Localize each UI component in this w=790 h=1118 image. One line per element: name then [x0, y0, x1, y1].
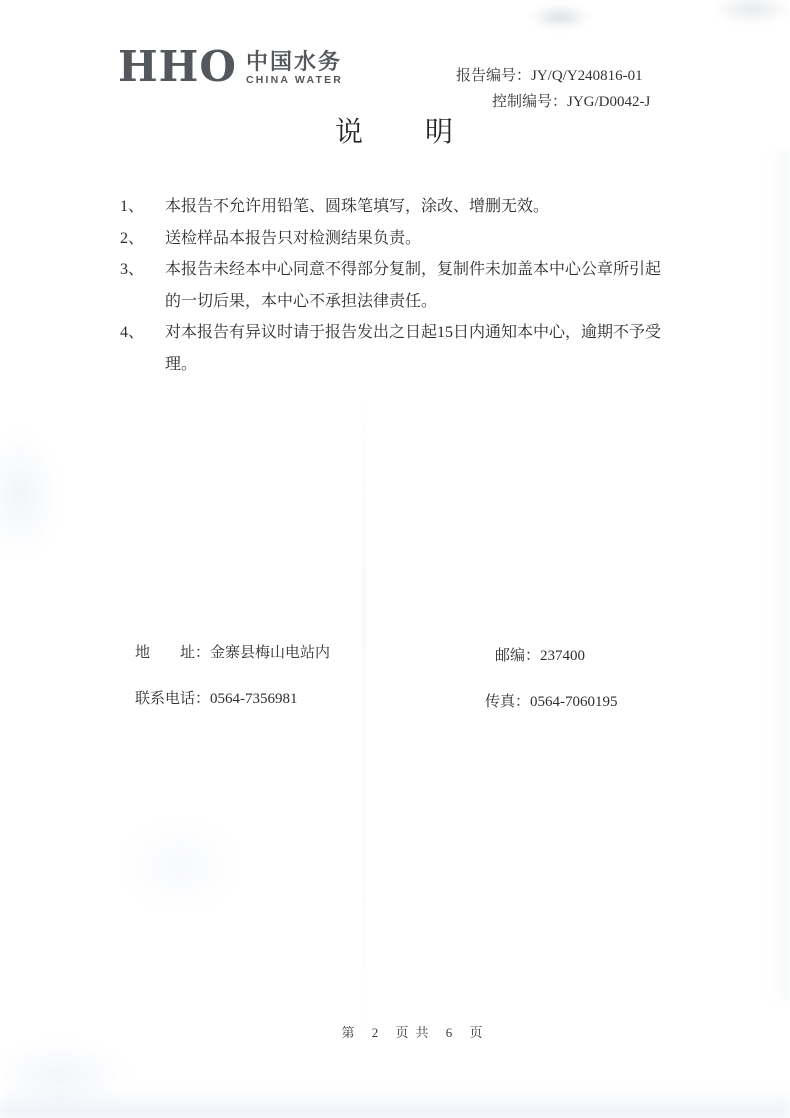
phone-line: 联系电话：0564-7356981: [120, 670, 298, 725]
note-item: 4、 对本报告有异议时请于报告发出之日起15日内通知本中心，逾期不予受理。: [120, 317, 695, 380]
note-text: 对本报告有异议时请于报告发出之日起15日内通知本中心，逾期不予受理。: [165, 317, 673, 380]
logo-english-name: CHINA WATER: [246, 74, 343, 86]
note-item: 2、 送检样品本报告只对检测结果负责。: [120, 223, 695, 255]
logo-name-block: 中国水务 CHINA WATER: [246, 50, 343, 86]
control-number-value: JYG/D0042-J: [567, 94, 650, 110]
scan-artifact: [768, 150, 790, 1000]
fax-line: 传真：0564-7060195: [470, 673, 618, 728]
scan-artifact: [0, 1088, 790, 1118]
note-number: 4、: [120, 317, 165, 349]
note-item: 3、 本报告未经本中心同意不得部分复制，复制件未加盖本中心公章所引起的一切后果，…: [120, 254, 695, 317]
note-text: 送检样品本报告只对检测结果负责。: [165, 223, 673, 255]
note-number: 3、: [120, 254, 165, 286]
note-text: 本报告不允许用铅笔、圆珠笔填写，涂改、增删无效。: [165, 191, 673, 223]
note-text: 本报告未经本中心同意不得部分复制，复制件未加盖本中心公章所引起的一切后果，本中心…: [165, 254, 673, 317]
report-number-label: 报告编号：: [456, 68, 531, 84]
fax-value: 0564-7060195: [530, 694, 618, 710]
scan-artifact: [528, 4, 592, 30]
report-codes: 报告编号：JY/Q/Y240816-01 控制编号：JYG/D0042-J: [456, 63, 650, 115]
scan-artifact: [120, 820, 240, 910]
scan-artifact: [712, 0, 790, 24]
address-value: 金寨县梅山电站内: [210, 645, 330, 661]
note-number: 1、: [120, 191, 165, 223]
address-label: 地 址：: [135, 645, 210, 661]
scan-artifact: [363, 390, 365, 1050]
page-footer: 第 2 页共 6 页: [0, 1006, 790, 1057]
postcode-value: 237400: [540, 648, 585, 664]
page-number-text: 第 2 页共 6 页: [341, 1025, 489, 1040]
page-title: 说 明: [0, 110, 790, 150]
logo-hho-text: HHO: [118, 50, 237, 84]
phone-value: 0564-7356981: [210, 691, 298, 707]
note-item: 1、 本报告不允许用铅笔、圆珠笔填写，涂改、增删无效。: [120, 191, 695, 223]
fax-label: 传真：: [485, 694, 530, 710]
scan-artifact: [0, 430, 60, 560]
notes-list: 1、 本报告不允许用铅笔、圆珠笔填写，涂改、增删无效。 2、 送检样品本报告只对…: [120, 191, 695, 380]
company-logo: HHO 中国水务 CHINA WATER: [118, 50, 343, 86]
document-page: HHO 中国水务 CHINA WATER 报告编号：JY/Q/Y240816-0…: [0, 0, 790, 1118]
logo-chinese-name: 中国水务: [246, 51, 343, 73]
control-number-label: 控制编号：: [492, 94, 567, 110]
phone-label: 联系电话：: [135, 691, 210, 707]
report-number-value: JY/Q/Y240816-01: [531, 68, 643, 84]
report-number-line: 报告编号：JY/Q/Y240816-01: [456, 63, 650, 89]
note-number: 2、: [120, 223, 165, 255]
postcode-label: 邮编：: [495, 648, 540, 664]
